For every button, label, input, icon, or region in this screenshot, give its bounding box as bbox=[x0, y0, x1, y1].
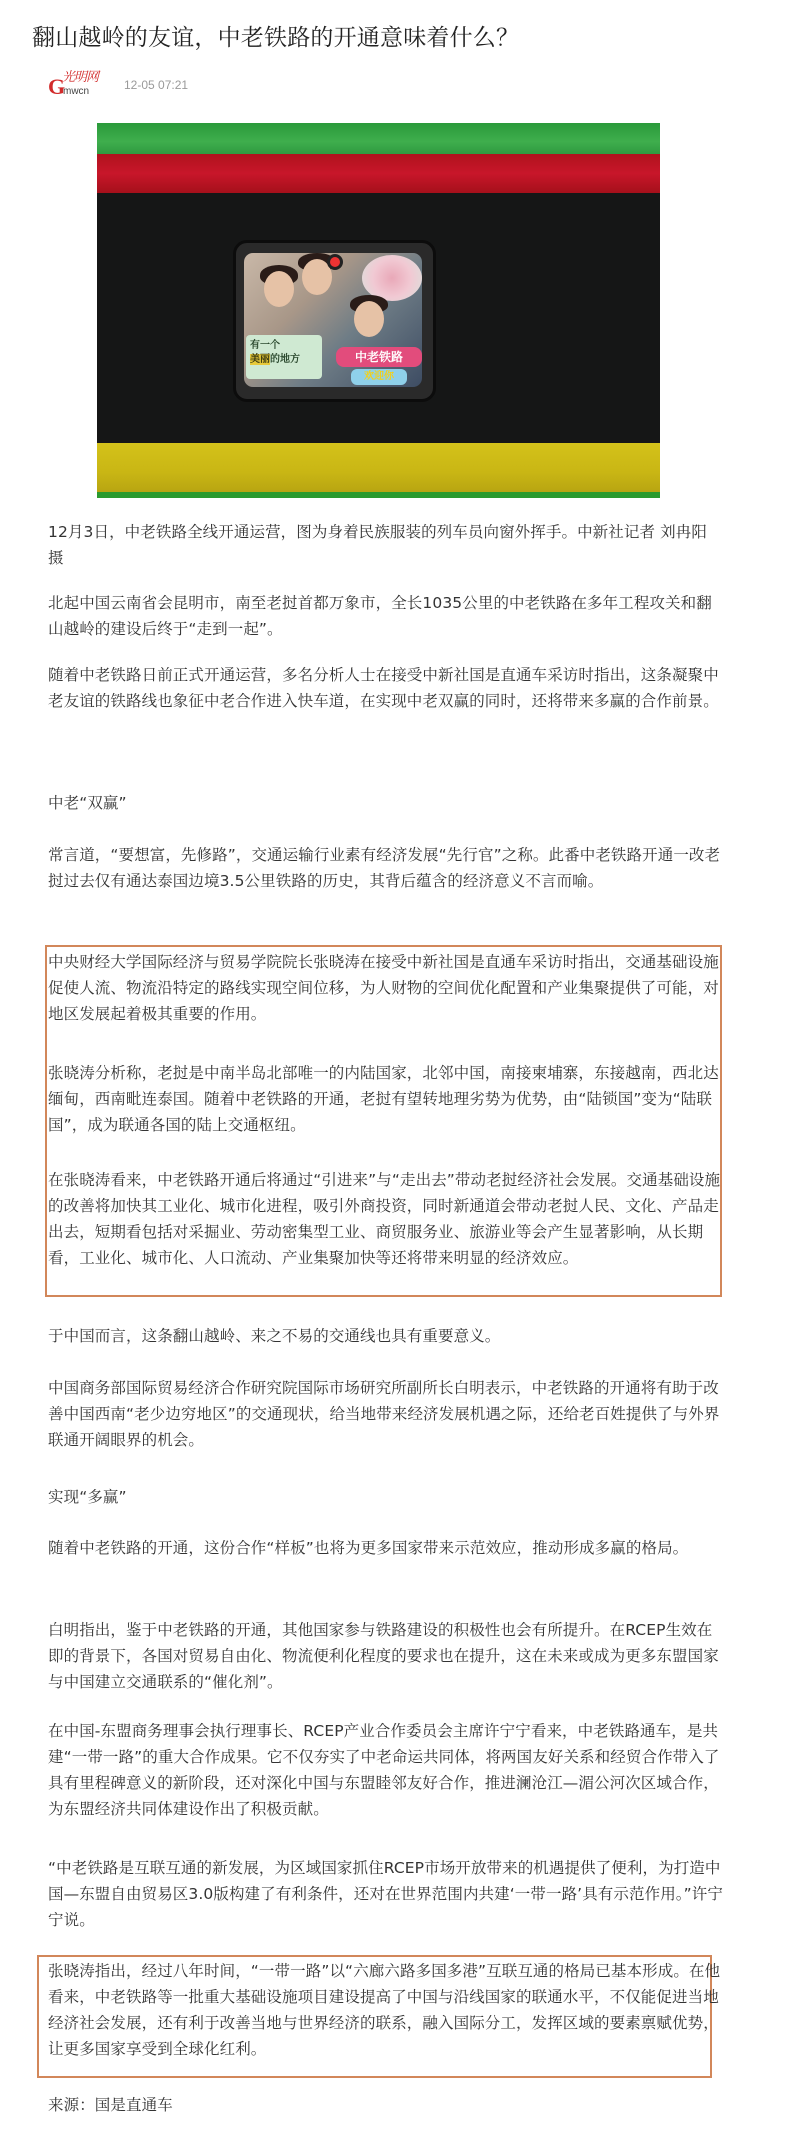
paragraph: 张晓涛分析称，老挝是中南半岛北部唯一的内陆国家，北邻中国，南接柬埔寨，东接越南，… bbox=[48, 1060, 723, 1138]
paragraph: 随着中老铁路的开通，这份合作“样板”也将为更多国家带来示范效应，推动形成多赢的格… bbox=[48, 1535, 723, 1561]
sign-left-line1: 有一个 bbox=[250, 339, 318, 353]
sign-left: 有一个 美丽的地方 bbox=[246, 335, 322, 379]
train-green-stripe bbox=[97, 123, 660, 154]
train-yellow-stripe bbox=[97, 443, 660, 492]
paragraph: 于中国而言，这条翻山越岭、来之不易的交通线也具有重要意义。 bbox=[48, 1323, 723, 1349]
sign-left-highlight: 美丽 bbox=[250, 354, 270, 365]
source-logo-domain: mwcn bbox=[63, 86, 89, 98]
paragraph: 中国商务部国际贸易经济合作研究院国际市场研究所副所长白明表示，中老铁路的开通将有… bbox=[48, 1375, 723, 1453]
paragraph: 北起中国云南省会昆明市，南至老挝首都万象市，全长1035公里的中老铁路在多年工程… bbox=[48, 590, 723, 642]
quote-paragraph: “中老铁路是互联互通的新发展，为区域国家抓住RCEP市场开放带来的机遇提供了便利… bbox=[48, 1855, 723, 1933]
train-window: 有一个 美丽的地方 中老铁路 欢迎你 bbox=[233, 240, 436, 402]
sign-left-rest: 的地方 bbox=[270, 354, 300, 365]
paragraph: 随着中老铁路日前正式开通运营，多名分析人士在接受中新社国是直通车采访时指出，这条… bbox=[48, 662, 723, 714]
article-source: 来源：国是直通车 bbox=[48, 2092, 723, 2118]
source-logo-name: 光明网 bbox=[62, 71, 98, 85]
paragraph: 常言道，“要想富，先修路”，交通运输行业素有经济发展“先行官”之称。此番中老铁路… bbox=[48, 842, 723, 894]
section-heading: 实现“多赢” bbox=[48, 1484, 723, 1510]
sign-right: 中老铁路 欢迎你 bbox=[336, 347, 422, 387]
sign-right-top: 中老铁路 bbox=[336, 347, 422, 367]
window-glass: 有一个 美丽的地方 中老铁路 欢迎你 bbox=[244, 253, 422, 387]
person-face bbox=[302, 259, 332, 295]
article-photo[interactable]: 有一个 美丽的地方 中老铁路 欢迎你 bbox=[97, 123, 660, 498]
paragraph: 白明指出，鉴于中老铁路的开通，其他国家参与铁路建设的积极性也会有所提升。在RCE… bbox=[48, 1617, 723, 1695]
paragraph: 在中国-东盟商务理事会执行理事长、RCEP产业合作委员会主席许宁宁看来，中老铁路… bbox=[48, 1718, 723, 1822]
sign-right-bottom: 欢迎你 bbox=[351, 369, 407, 385]
person-face bbox=[264, 271, 294, 307]
person-face bbox=[354, 301, 384, 337]
source-logo[interactable]: G 光明网 mwcn bbox=[48, 70, 112, 100]
paragraph: 中央财经大学国际经济与贸易学院院长张晓涛在接受中新社国是直通车采访时指出，交通基… bbox=[48, 949, 723, 1027]
sign-left-line2: 美丽的地方 bbox=[250, 353, 318, 367]
article-title: 翻山越岭的友谊，中老铁路的开通意味着什么？ bbox=[32, 22, 519, 54]
section-heading: 中老“双赢” bbox=[48, 790, 723, 816]
article-meta: G 光明网 mwcn 12-05 07:21 bbox=[48, 70, 188, 100]
photo-caption: 12月3日，中老铁路全线开通运营，图为身着民族服装的列车员向窗外挥手。中新社记者… bbox=[48, 519, 723, 571]
paragraph: 在张晓涛看来，中老铁路开通后将通过“引进来”与“走出去”带动老挝经济社会发展。交… bbox=[48, 1167, 723, 1271]
paragraph: 张晓涛指出，经过八年时间，“一带一路”以“六廊六路多国多港”互联互通的格局已基本… bbox=[48, 1958, 723, 2062]
train-red-stripe bbox=[97, 154, 660, 193]
window-light-icon bbox=[330, 257, 340, 267]
train-bottom-green-stripe bbox=[97, 492, 660, 498]
publish-time: 12-05 07:21 bbox=[124, 78, 188, 92]
